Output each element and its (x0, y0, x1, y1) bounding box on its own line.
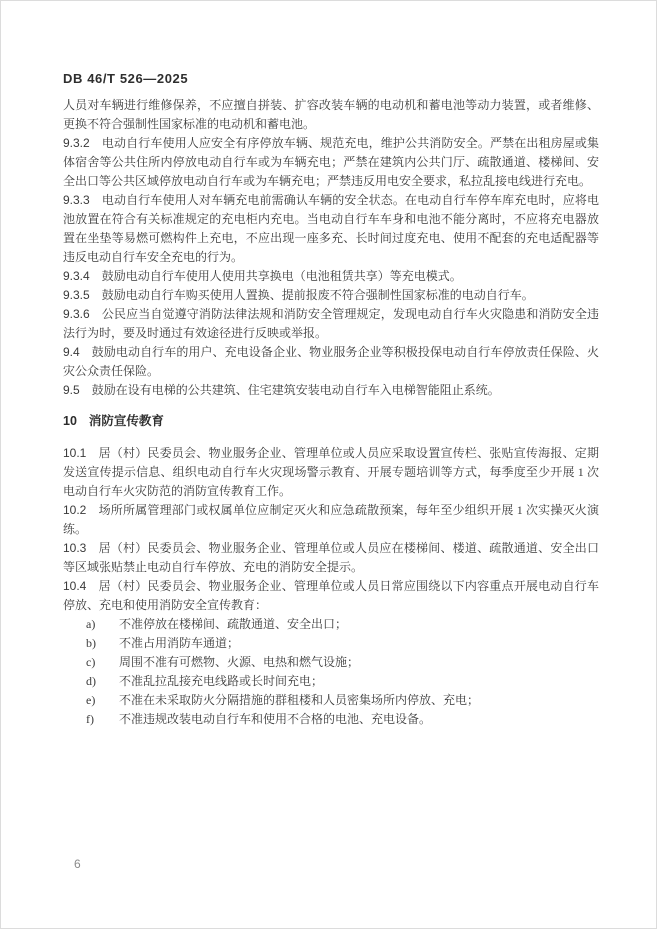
list-item-a: a)不准停放在楼梯间、疏散通道、安全出口； (63, 615, 599, 634)
clause-text: 鼓励在设有电梯的公共建筑、住宅建筑安装电动自行车入电梯智能阻止系统。 (92, 383, 500, 397)
list-indent (63, 672, 86, 691)
list-text: 不准在未采取防火分隔措施的群租楼和人员密集场所内停放、充电； (119, 691, 479, 710)
list-item-d: d)不准乱拉乱接充电线路或长时间充电； (63, 672, 599, 691)
list-marker: d) (86, 672, 119, 691)
clause-text: 居（村）民委员会、物业服务企业、管理单位或人员应采取设置宣传栏、张贴宣传海报、定… (63, 446, 599, 498)
clause-10-4: 10.4居（村）民委员会、物业服务企业、管理单位或人员日常应围绕以下内容重点开展… (63, 577, 599, 615)
list-indent (63, 691, 86, 710)
clause-number: 9.5 (63, 383, 80, 397)
clause-number: 10.4 (63, 579, 86, 593)
list-item-c: c)周围不准有可燃物、火源、电热和燃气设施； (63, 653, 599, 672)
list-indent (63, 615, 86, 634)
list-text: 不准违规改装电动自行车和使用不合格的电池、充电设备。 (119, 710, 431, 729)
list-text: 不准乱拉乱接充电线路或长时间充电； (119, 672, 323, 691)
list-item-b: b)不准占用消防车通道； (63, 634, 599, 653)
clause-text: 居（村）民委员会、物业服务企业、管理单位或人员日常应围绕以下内容重点开展电动自行… (63, 579, 599, 612)
clause-text: 居（村）民委员会、物业服务企业、管理单位或人员应在楼梯间、楼道、疏散通道、安全出… (63, 541, 599, 574)
list-indent (63, 710, 86, 729)
list-marker: c) (86, 653, 119, 672)
clause-text: 电动自行车使用人对车辆充电前需确认车辆的安全状态。在电动自行车停车库充电时，应将… (63, 193, 599, 264)
clause-text: 公民应当自觉遵守消防法律法规和消防安全管理规定，发现电动自行车火灾隐患和消防安全… (63, 307, 599, 340)
list-marker: a) (86, 615, 119, 634)
clause-number: 9.3.2 (63, 136, 90, 150)
clause-number: 10.1 (63, 446, 86, 460)
clause-number: 9.4 (63, 345, 80, 359)
clause-10-1: 10.1居（村）民委员会、物业服务企业、管理单位或人员应采取设置宣传栏、张贴宣传… (63, 444, 599, 501)
list-text: 不准停放在楼梯间、疏散通道、安全出口； (119, 615, 347, 634)
clause-text: 鼓励电动自行车的用户、充电设备企业、物业服务企业等积极投保电动自行车停放责任保险… (63, 345, 599, 378)
list-item-f: f)不准违规改装电动自行车和使用不合格的电池、充电设备。 (63, 710, 599, 729)
clause-number: 9.3.3 (63, 193, 90, 207)
clause-number: 9.3.6 (63, 307, 90, 321)
list-indent (63, 634, 86, 653)
clause-10-2: 10.2场所所属管理部门或权属单位应制定灭火和应急疏散预案，每年至少组织开展 1… (63, 501, 599, 539)
section-10-heading: 10消防宣传教育 (63, 412, 599, 431)
clause-number: 10.2 (63, 503, 86, 517)
clause-9-3-5: 9.3.5鼓励电动自行车购买使用人置换、提前报废不符合强制性国家标准的电动自行车… (63, 286, 599, 305)
clause-10-3: 10.3居（村）民委员会、物业服务企业、管理单位或人员应在楼梯间、楼道、疏散通道… (63, 539, 599, 577)
clause-9-3-6: 9.3.6公民应当自觉遵守消防法律法规和消防安全管理规定，发现电动自行车火灾隐患… (63, 305, 599, 343)
list-marker: f) (86, 710, 119, 729)
clause-text: 场所所属管理部门或权属单位应制定灭火和应急疏散预案，每年至少组织开展 1 次实操… (63, 503, 599, 536)
list-text: 周围不准有可燃物、火源、电热和燃气设施； (119, 653, 359, 672)
list-text: 不准占用消防车通道； (119, 634, 239, 653)
section-number: 10 (63, 414, 77, 428)
standard-number-header: DB 46/T 526—2025 (63, 71, 599, 86)
clause-9-4: 9.4鼓励电动自行车的用户、充电设备企业、物业服务企业等积极投保电动自行车停放责… (63, 343, 599, 381)
clause-9-3-2: 9.3.2电动自行车使用人应安全有序停放车辆、规范充电，维护公共消防安全。严禁在… (63, 134, 599, 191)
prohibition-list: a)不准停放在楼梯间、疏散通道、安全出口； b)不准占用消防车通道； c)周围不… (63, 615, 599, 729)
clause-text: 电动自行车使用人应安全有序停放车辆、规范充电，维护公共消防安全。严禁在出租房屋或… (63, 136, 599, 188)
list-indent (63, 653, 86, 672)
clause-text: 鼓励电动自行车使用人使用共享换电（电池租赁共享）等充电模式。 (102, 269, 462, 283)
document-page: DB 46/T 526—2025 人员对车辆进行维修保养，不应擅自拼装、扩容改装… (0, 0, 657, 929)
list-item-e: e)不准在未采取防火分隔措施的群租楼和人员密集场所内停放、充电； (63, 691, 599, 710)
clause-9-5: 9.5鼓励在设有电梯的公共建筑、住宅建筑安装电动自行车入电梯智能阻止系统。 (63, 381, 599, 400)
clause-9-3-4: 9.3.4鼓励电动自行车使用人使用共享换电（电池租赁共享）等充电模式。 (63, 267, 599, 286)
section-title: 消防宣传教育 (89, 414, 164, 428)
paragraph-continuation: 人员对车辆进行维修保养，不应擅自拼装、扩容改装车辆的电动机和蓄电池等动力装置，或… (63, 96, 599, 134)
document-body: 人员对车辆进行维修保养，不应擅自拼装、扩容改装车辆的电动机和蓄电池等动力装置，或… (63, 96, 599, 729)
clause-text: 鼓励电动自行车购买使用人置换、提前报废不符合强制性国家标准的电动自行车。 (102, 288, 534, 302)
clause-9-3-3: 9.3.3电动自行车使用人对车辆充电前需确认车辆的安全状态。在电动自行车停车库充… (63, 191, 599, 267)
page-number: 6 (74, 857, 81, 871)
clause-number: 10.3 (63, 541, 86, 555)
list-marker: b) (86, 634, 119, 653)
clause-number: 9.3.5 (63, 288, 90, 302)
clause-number: 9.3.4 (63, 269, 90, 283)
list-marker: e) (86, 691, 119, 710)
